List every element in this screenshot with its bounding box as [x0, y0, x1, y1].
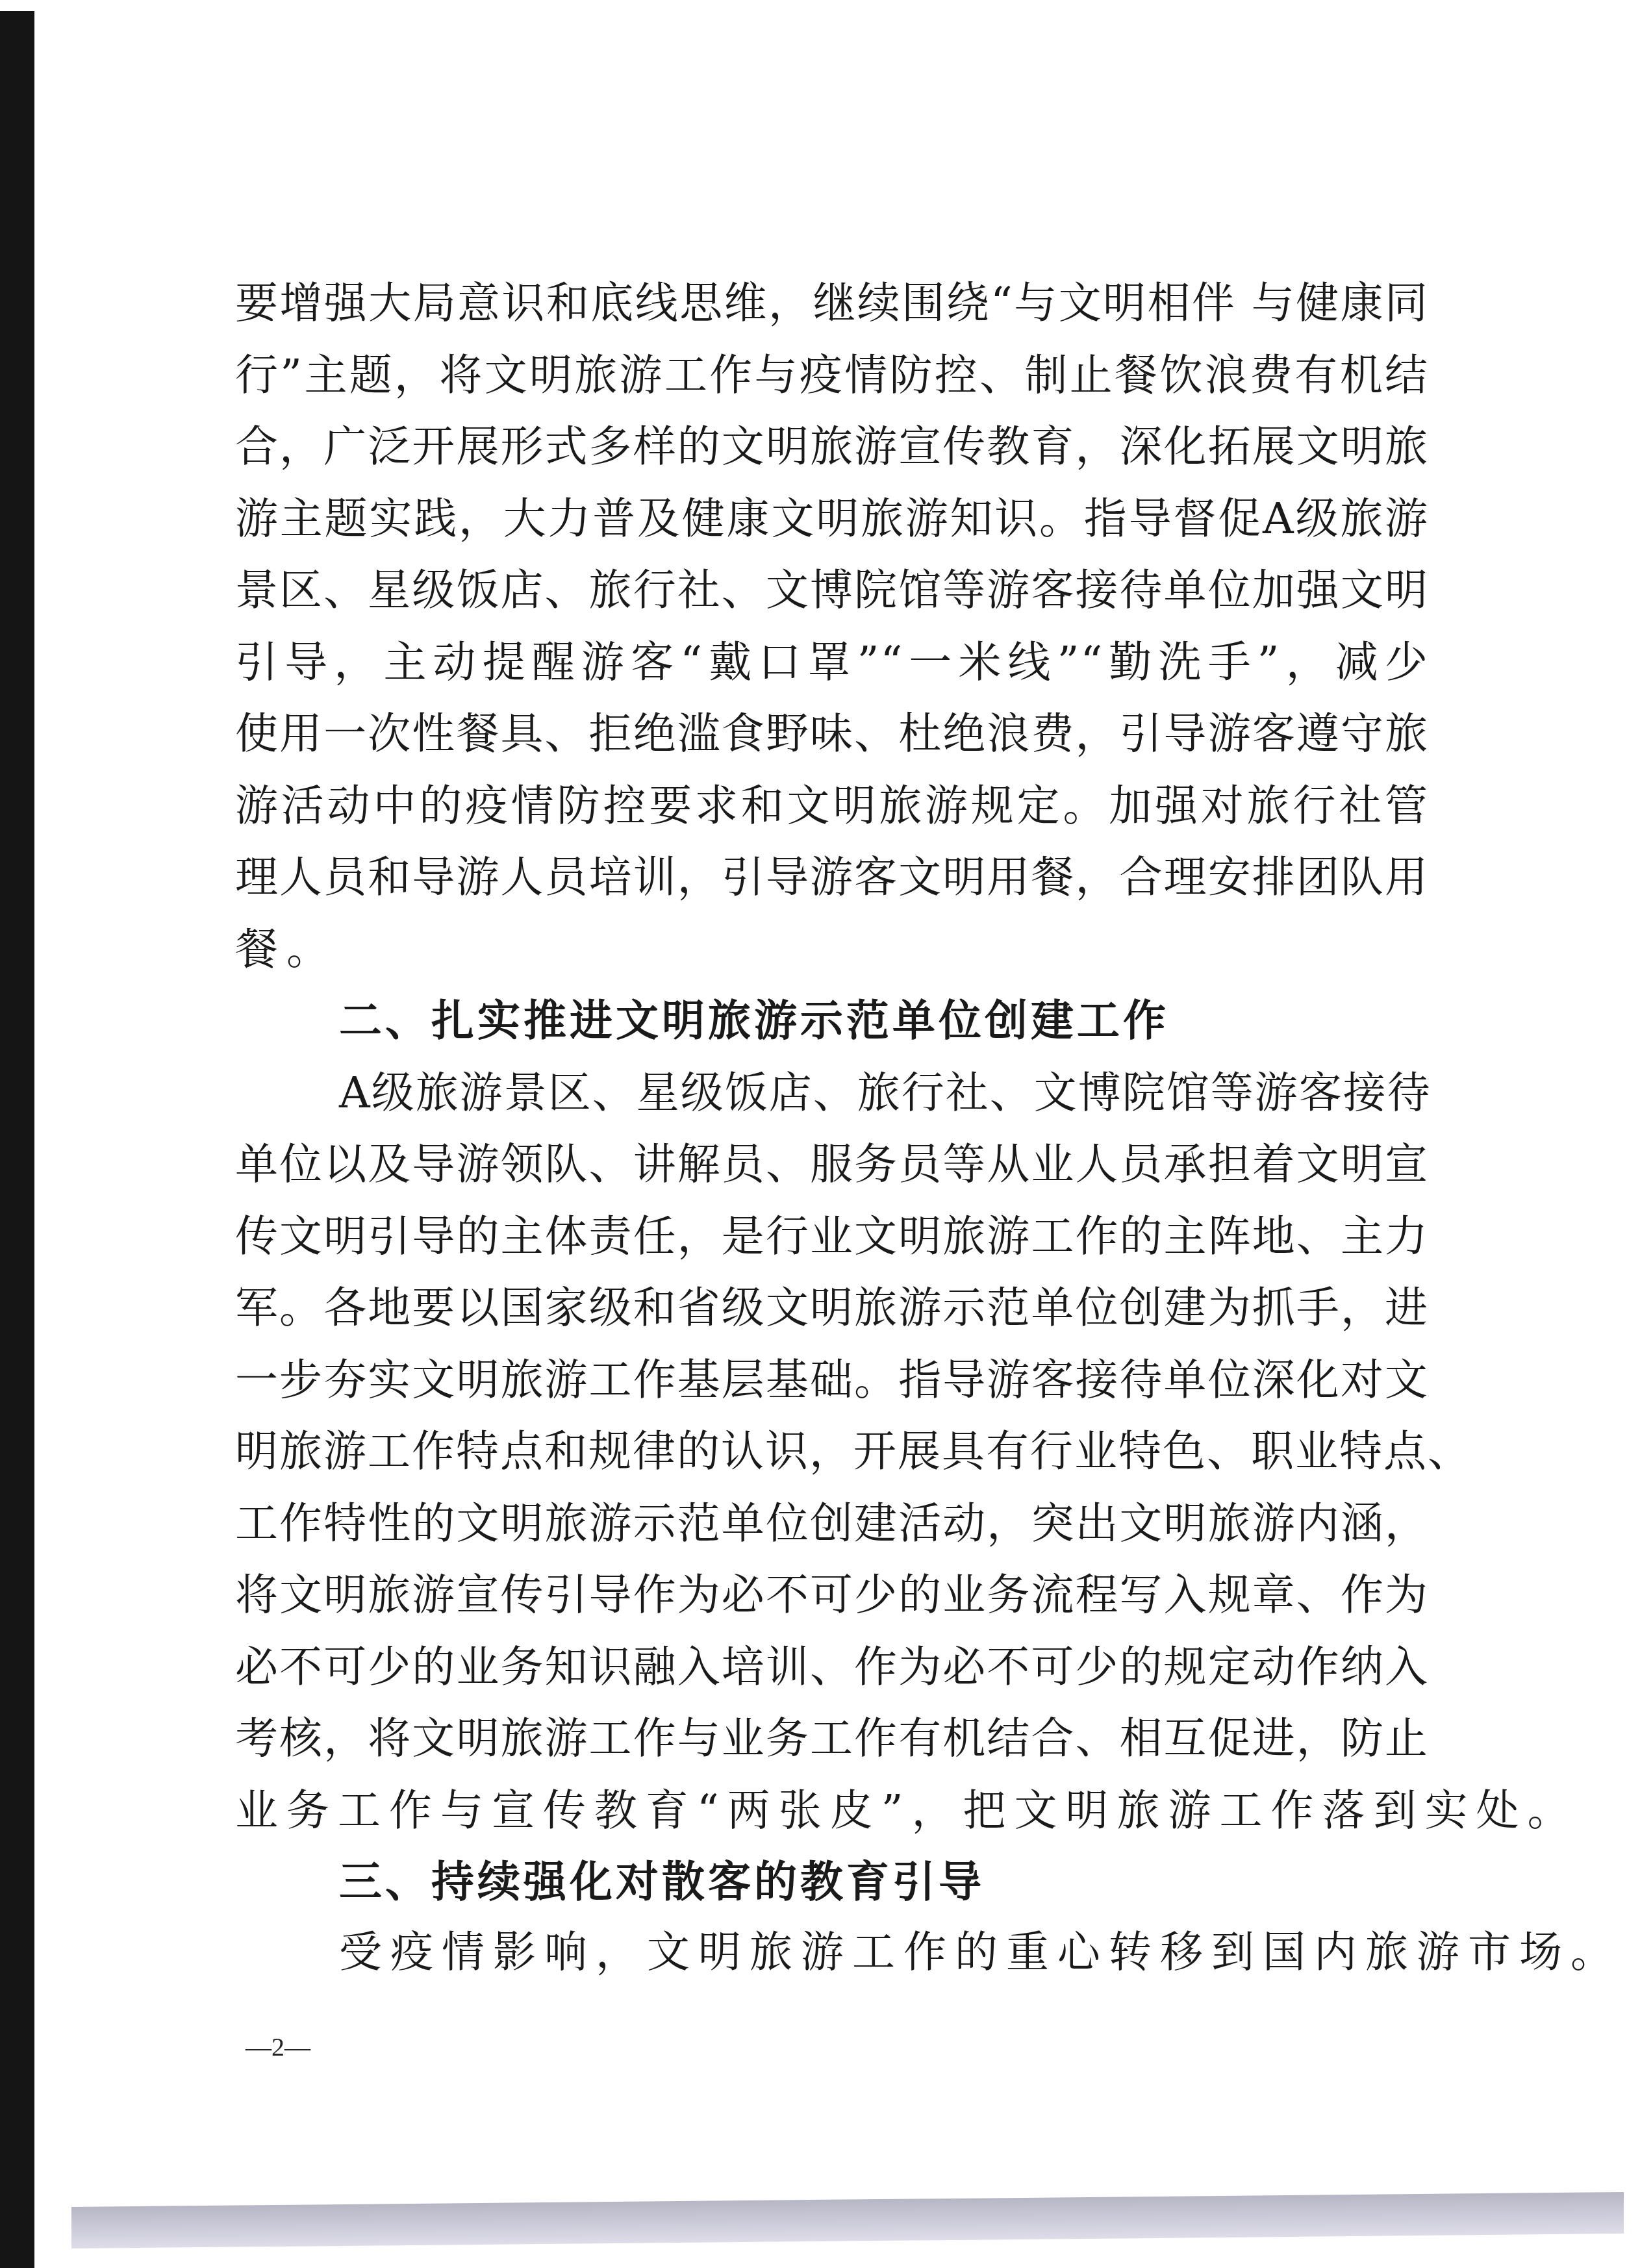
body-line-13: 单位以及导游领队、讲解员、服务员等从业人员承担着文明宣: [235, 1139, 1429, 1191]
body-line-22: 业务工作与宣传教育“两张皮”，把文明旅游工作落到实处。: [235, 1785, 1429, 1837]
body-line-5: 景区、星级饭店、旅行社、文博院馆等游客接待单位加强文明: [235, 564, 1429, 616]
body-line-6: 引导，主动提醒游客“戴口罩”“一米线”“勤洗手”，减少: [235, 636, 1429, 688]
body-line-15: 军。各地要以国家级和省级文明旅游示范单位创建为抓手，进: [235, 1282, 1429, 1334]
body-line-17: 明旅游工作特点和规律的认识，开展具有行业特色、职业特点、: [235, 1426, 1429, 1478]
body-line-3: 合，广泛开展形式多样的文明旅游宣传教育，深化拓展文明旅: [235, 421, 1429, 473]
body-line-21: 考核，将文明旅游工作与业务工作有机结合、相互促进，防止: [235, 1713, 1429, 1765]
body-line-20: 必不可少的业务知识融入培训、作为必不可少的规定动作纳入: [235, 1641, 1429, 1693]
body-line-8: 游活动中的疫情防控要求和文明旅游规定。加强对旅行社管: [235, 780, 1429, 832]
body-line-12: A级旅游景区、星级饭店、旅行社、文博院馆等游客接待: [339, 1067, 1429, 1119]
section-heading-2: 二、扎实推进文明旅游示范单位创建工作: [339, 995, 1429, 1047]
page-number: —2—: [246, 2033, 310, 2061]
body-line-16: 一步夯实文明旅游工作基层基础。指导游客接待单位深化对文: [235, 1354, 1429, 1406]
body-line-4: 游主题实践，大力普及健康文明旅游知识。指导督促A级旅游: [235, 493, 1429, 545]
body-line-19: 将文明旅游宣传引导作为必不可少的业务流程写入规章、作为: [235, 1569, 1429, 1621]
body-line-7: 使用一次性餐具、拒绝滥食野味、杜绝浪费，引导游客遵守旅: [235, 708, 1429, 760]
body-line-1: 要增强大局意识和底线思维，继续围绕“与文明相伴 与健康同: [235, 277, 1429, 329]
section-heading-3: 三、持续强化对散客的教育引导: [339, 1856, 1429, 1908]
body-line-2: 行”主题，将文明旅游工作与疫情防控、制止餐饮浪费有机结: [235, 349, 1429, 401]
document-page: 要增强大局意识和底线思维，继续围绕“与文明相伴 与健康同 行”主题，将文明旅游工…: [0, 0, 1640, 2268]
body-line-10: 餐。: [235, 924, 1429, 976]
body-line-14: 传文明引导的主体责任，是行业文明旅游工作的主阵地、主力: [235, 1211, 1429, 1263]
body-line-18: 工作特性的文明旅游示范单位创建活动，突出文明旅游内涵，: [235, 1498, 1429, 1550]
body-line-9: 理人员和导游人员培训，引导游客文明用餐，合理安排团队用: [235, 851, 1429, 903]
body-line-24: 受疫情影响，文明旅游工作的重心转移到国内旅游市场。: [339, 1926, 1429, 1978]
